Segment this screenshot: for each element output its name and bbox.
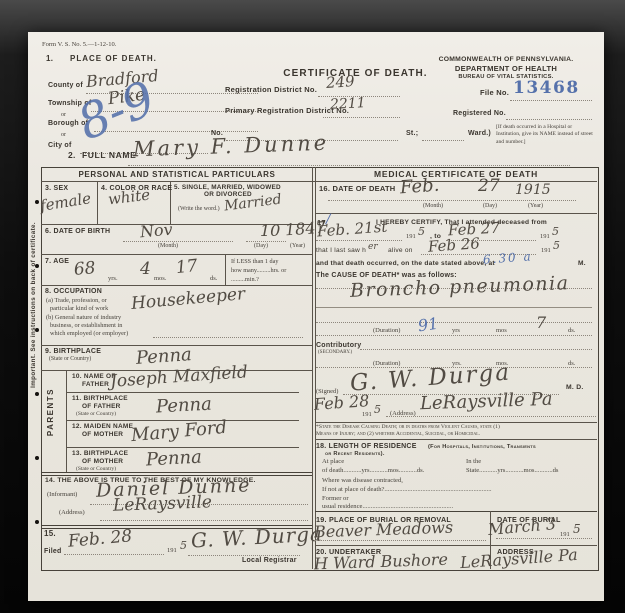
age-label: 7. AGE [45,258,69,266]
contributory-hint: (SECONDARY.) [318,350,352,356]
file-no-label: File No. [480,89,509,98]
file-no-stamp: 13468 [513,79,580,99]
row-rule [315,439,597,440]
heavy-rule [41,472,312,476]
header-underline [41,181,597,182]
last-seen-date-value: Feb 26 [427,235,480,256]
birth-day-value: 10 [260,222,280,240]
registered-no-label: Registered No. [453,110,506,118]
former-label: Former or [322,495,349,503]
length-of-residence-label2: (For Hospitals, Institutions, Transients [428,444,536,451]
file-no-rule [510,100,592,101]
sex-label: 3. SEX [45,185,68,193]
date-of-birth-label: 6. DATE OF BIRTH [45,228,110,236]
occupation-a2: particular kind of work [50,305,108,312]
year-printed: 191 [540,233,550,240]
or-word: or [61,132,66,139]
heavy-rule [315,511,597,512]
filed-rule [64,554,164,555]
filed-year-printed: 191 [167,547,177,554]
mother-name-label2: OF MOTHER [82,431,123,438]
duration-yrs-unit: yrs [452,327,460,334]
death-day-value: 27 [478,177,500,197]
ward-label: Ward.) [468,130,491,138]
occupation-label: 8. OCCUPATION [45,288,102,296]
age-years-value: 68 [73,259,96,280]
year-printed: 191 [406,233,416,240]
father-name-label2: FATHER [82,381,109,388]
marital-hint: (Write the word.) [178,206,220,213]
parents-vertical-label: PARENTS [46,388,55,436]
city-label: City of [48,142,72,150]
burial-rule [314,540,486,541]
informant-label: (Informant) [47,491,77,498]
certificate-paper: Important. See instructions on back of c… [28,32,604,601]
mother-name-label: 12. MAIDEN NAME [72,423,133,430]
local-registrar-title: Local Registrar [242,557,297,565]
signed-year-written: 5 [374,404,381,417]
personal-section-title: PERSONAL AND STATISTICAL PARTICULARS [48,170,306,179]
father-birthplace-value: Penna [155,395,212,419]
father-birthplace-label2: OF FATHER [82,403,121,410]
meridiem-label: M. [578,260,586,268]
at-place-label: At place [322,458,344,466]
informant-address-rule [100,520,308,521]
county-label: County of [48,82,83,90]
death-month-value: Feb. [399,176,440,199]
year-written: 5 [552,226,559,239]
mos-unit: mos. [154,275,166,282]
form-number: Form V. S. No. 5.—1-12-10. [42,41,116,48]
full-name-label: FULL NAME [82,151,136,161]
filed-year-written: 5 [180,540,187,553]
registrar-rule [188,555,300,556]
death-year-value: 1915 [515,182,551,198]
month-hint: (Month) [423,203,443,210]
dod-rule [328,200,576,201]
year-hint: (Year) [528,203,543,210]
informant-address-label: (Address) [59,509,85,516]
in-the-label: In the [466,458,481,466]
dob-rule [123,241,233,242]
father-birthplace-hint: (State or Country) [76,411,116,417]
last-saw-label: that I last saw h [316,247,366,255]
month-hint: (Month) [158,243,178,250]
dob-rule [246,241,286,242]
occupation-b1: (b) General nature of industry [46,314,121,321]
father-birthplace-label: 11. BIRTHPLACE [72,395,128,402]
duration-ds-unit: ds. [568,327,575,334]
mother-birthplace-label: 13. BIRTHPLACE [72,450,128,457]
md-label: M. D. [566,384,584,392]
year-written: 5 [418,226,425,239]
of-death-line: of death...........yrs...........mos....… [322,467,424,475]
birthplace-hint: (State or Country) [49,356,91,363]
less-than-day-line3: .........min.? [231,276,259,283]
age-months-value: 4 [140,260,151,280]
section15-number: 15. [44,529,56,538]
disease-contracted-label: Where was disease contracted, [322,477,403,485]
duration-days-value: 7 [536,314,546,332]
mother-birthplace-value: Penna [145,448,202,472]
registration-district-label: Registration District No. [225,86,317,95]
primary-registration-rule [323,117,400,118]
length-of-residence-label3: or Recent Residents). [325,451,385,458]
year-hint: (Year) [290,243,305,250]
staple-hole [35,328,39,332]
cause-rule [316,322,592,323]
duration-label: (Duration) [373,327,400,334]
age-cell-divider [225,254,226,285]
medical-section-title: MEDICAL CERTIFICATE OF DEATH [328,170,584,180]
registered-no-rule [506,119,592,120]
section2-number: 2. [68,151,76,161]
burial-year-written: 5 [573,523,581,537]
contributory-label: Contributory [316,342,361,350]
year-printed: 191 [541,247,551,254]
row-rule [66,392,299,393]
last-saw-her: er [368,242,378,252]
full-name-rule [128,165,570,166]
staple-hole [35,264,39,268]
mother-birthplace-label2: OF MOTHER [82,458,123,465]
signed-year-printed: 191 [362,411,372,418]
primary-registration-value: 2211 [330,95,366,113]
cell-divider [97,181,98,224]
if-not-at-place-line: If not at place of death?...............… [322,486,492,494]
age-days-value: 17 [175,257,199,279]
footnote-line2: Means of Injury; and (2) whether Acciden… [316,431,480,438]
less-than-day-line1: If LESS than 1 day [231,258,278,265]
less-than-day-line2: how many.........hrs. or [231,267,286,274]
row-rule [41,285,312,286]
footnote-line1: *State the Disease Causing Death; or in … [316,424,500,431]
st-label: St.; [406,130,418,138]
attended-from-rule [316,240,402,241]
occupation-b2: business, or establishment in [50,322,122,329]
ward-rule [422,140,464,141]
day-hint: (Day) [483,203,497,210]
occupation-b3: which employed (or employer) [50,330,128,337]
state-line: State...........yrs...........mos.......… [466,467,559,475]
photo-frame: Important. See instructions on back of c… [0,0,625,613]
staple-hole [35,392,39,396]
usual-residence-line: usual residence.........................… [322,503,453,511]
cause-rule [316,307,592,308]
ds-unit: ds. [210,275,217,282]
length-of-residence-label: 18. LENGTH OF RESIDENCE [316,443,417,451]
year-written: 5 [553,240,560,253]
yrs-unit: yrs. [108,275,118,282]
birth-month-value: Nov [139,221,173,242]
commonwealth-line: COMMONWEALTH OF PENNSYLVANIA. [420,56,592,64]
row-rule [315,422,597,423]
department-line: DEPARTMENT OF HEALTH [420,65,592,74]
informant-address-value: LeRaysville [113,493,213,516]
occupation-rule [153,337,303,338]
or-word: or [61,112,66,119]
day-hint: (Day) [254,243,268,250]
date-of-death-label: 16. DATE OF DEATH [319,185,395,194]
duration-mos-unit: mos [496,327,507,334]
registration-district-value: 249 [325,73,355,92]
alive-on-label: alive on [388,247,413,255]
staple-hole [35,456,39,460]
occupation-a1: (a) Trade, profession, or [46,297,107,304]
place-of-death-label: PLACE OF DEATH. [70,54,157,63]
row-rule [315,213,597,214]
burial-date-rule [496,538,592,539]
row-rule [41,254,312,255]
contributory-rule [360,349,592,350]
death-occurred-label: and that death occurred, on the date sta… [316,260,495,268]
staple-hole [35,520,39,524]
parents-strip-divider [66,370,67,472]
duration-blue-mark: 91 [417,315,440,336]
birthplace-label: 9. BIRTHPLACE [45,348,101,356]
full-name-value: Mary F. Dunne [133,131,330,162]
filed-label: Filed [44,548,62,556]
signed-address-rule [386,416,596,417]
duration-rule [316,335,592,336]
hospital-note: [If death occurred in a Hospital or Inst… [496,124,596,146]
edge-instruction-note: Important. See instructions on back of c… [30,222,37,388]
section1-number: 1. [46,54,53,63]
